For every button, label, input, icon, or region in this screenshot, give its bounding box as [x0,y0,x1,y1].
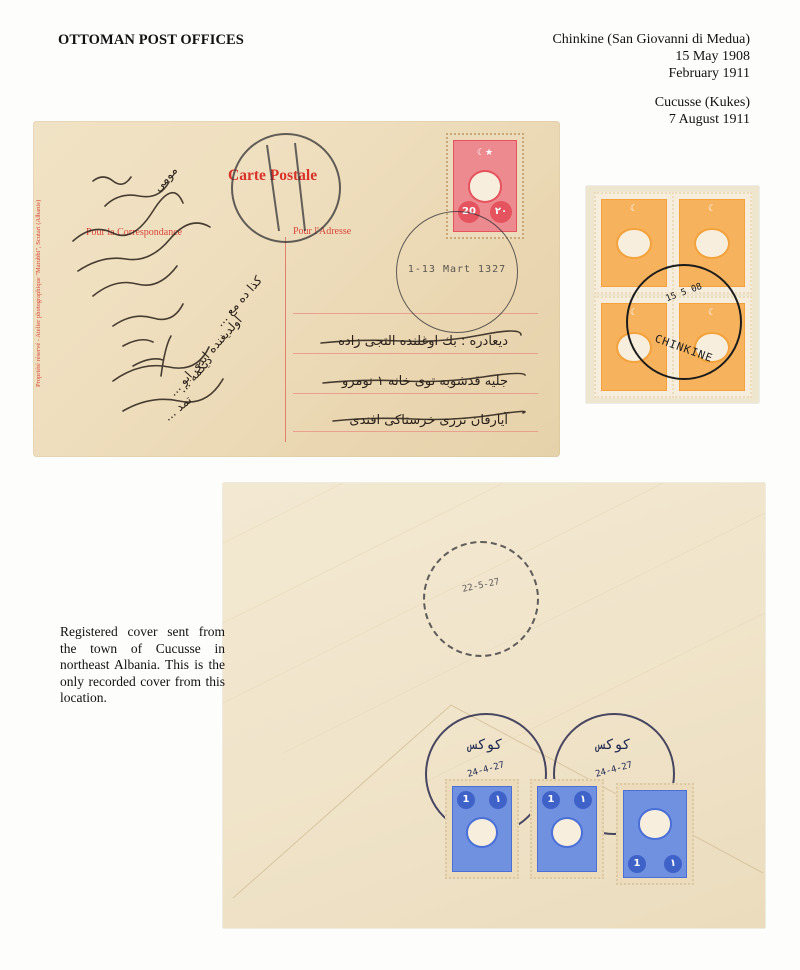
chinkine-postmark: 15 5 08 CHINKINE [626,264,742,380]
cover-caption: Registered cover sent from the town of C… [60,624,225,707]
crescent-star-icon: ☾ [680,203,744,214]
arrival-postmark: 22-5-27 [423,541,539,657]
postmark-date: 22-5-27 [425,569,537,602]
stamp-1-piastre: 1 ١ [616,783,694,885]
stamp-1-piastre: 1 ١ [445,779,519,879]
postmark-town: کوکس [555,737,673,753]
stamp-1-piastre: 1 ١ [530,779,604,879]
location-list: Chinkine (San Giovanni di Medua) 15 May … [552,31,750,128]
postmark-town: کوکس [427,737,545,753]
postmark [231,133,341,243]
stamp-value: 1 [542,791,560,809]
location-date: 15 May 1908 [552,48,750,65]
page-title: OTTOMAN POST OFFICES [58,32,244,49]
location-name: Cucusse (Kukes) [552,94,750,111]
stamp-value: 1 [628,855,646,873]
registered-cover: 22-5-27 کوکس 24-4-27 کوکس 24-4-27 1 ١ 1 … [223,483,765,928]
location-date: February 1911 [552,65,750,82]
postmark: 1-13 Mart 1327 [396,211,518,333]
postcard: Propriété réservé - Atelier photographiq… [33,121,560,457]
postmark-date: 1-13 Mart 1327 [397,264,517,275]
stamp-value: 1 [457,791,475,809]
crescent-star-icon: ☾★ [454,147,516,158]
location-date: 7 August 1911 [552,111,750,128]
crescent-star-icon: ☾ [602,203,666,214]
postmark-town: CHINKINE [629,323,739,374]
location-name: Chinkine (San Giovanni di Medua) [552,31,750,48]
stamp-block: ☾ ☾ ☾ ☾ 15 5 08 CHINKINE [586,186,759,403]
